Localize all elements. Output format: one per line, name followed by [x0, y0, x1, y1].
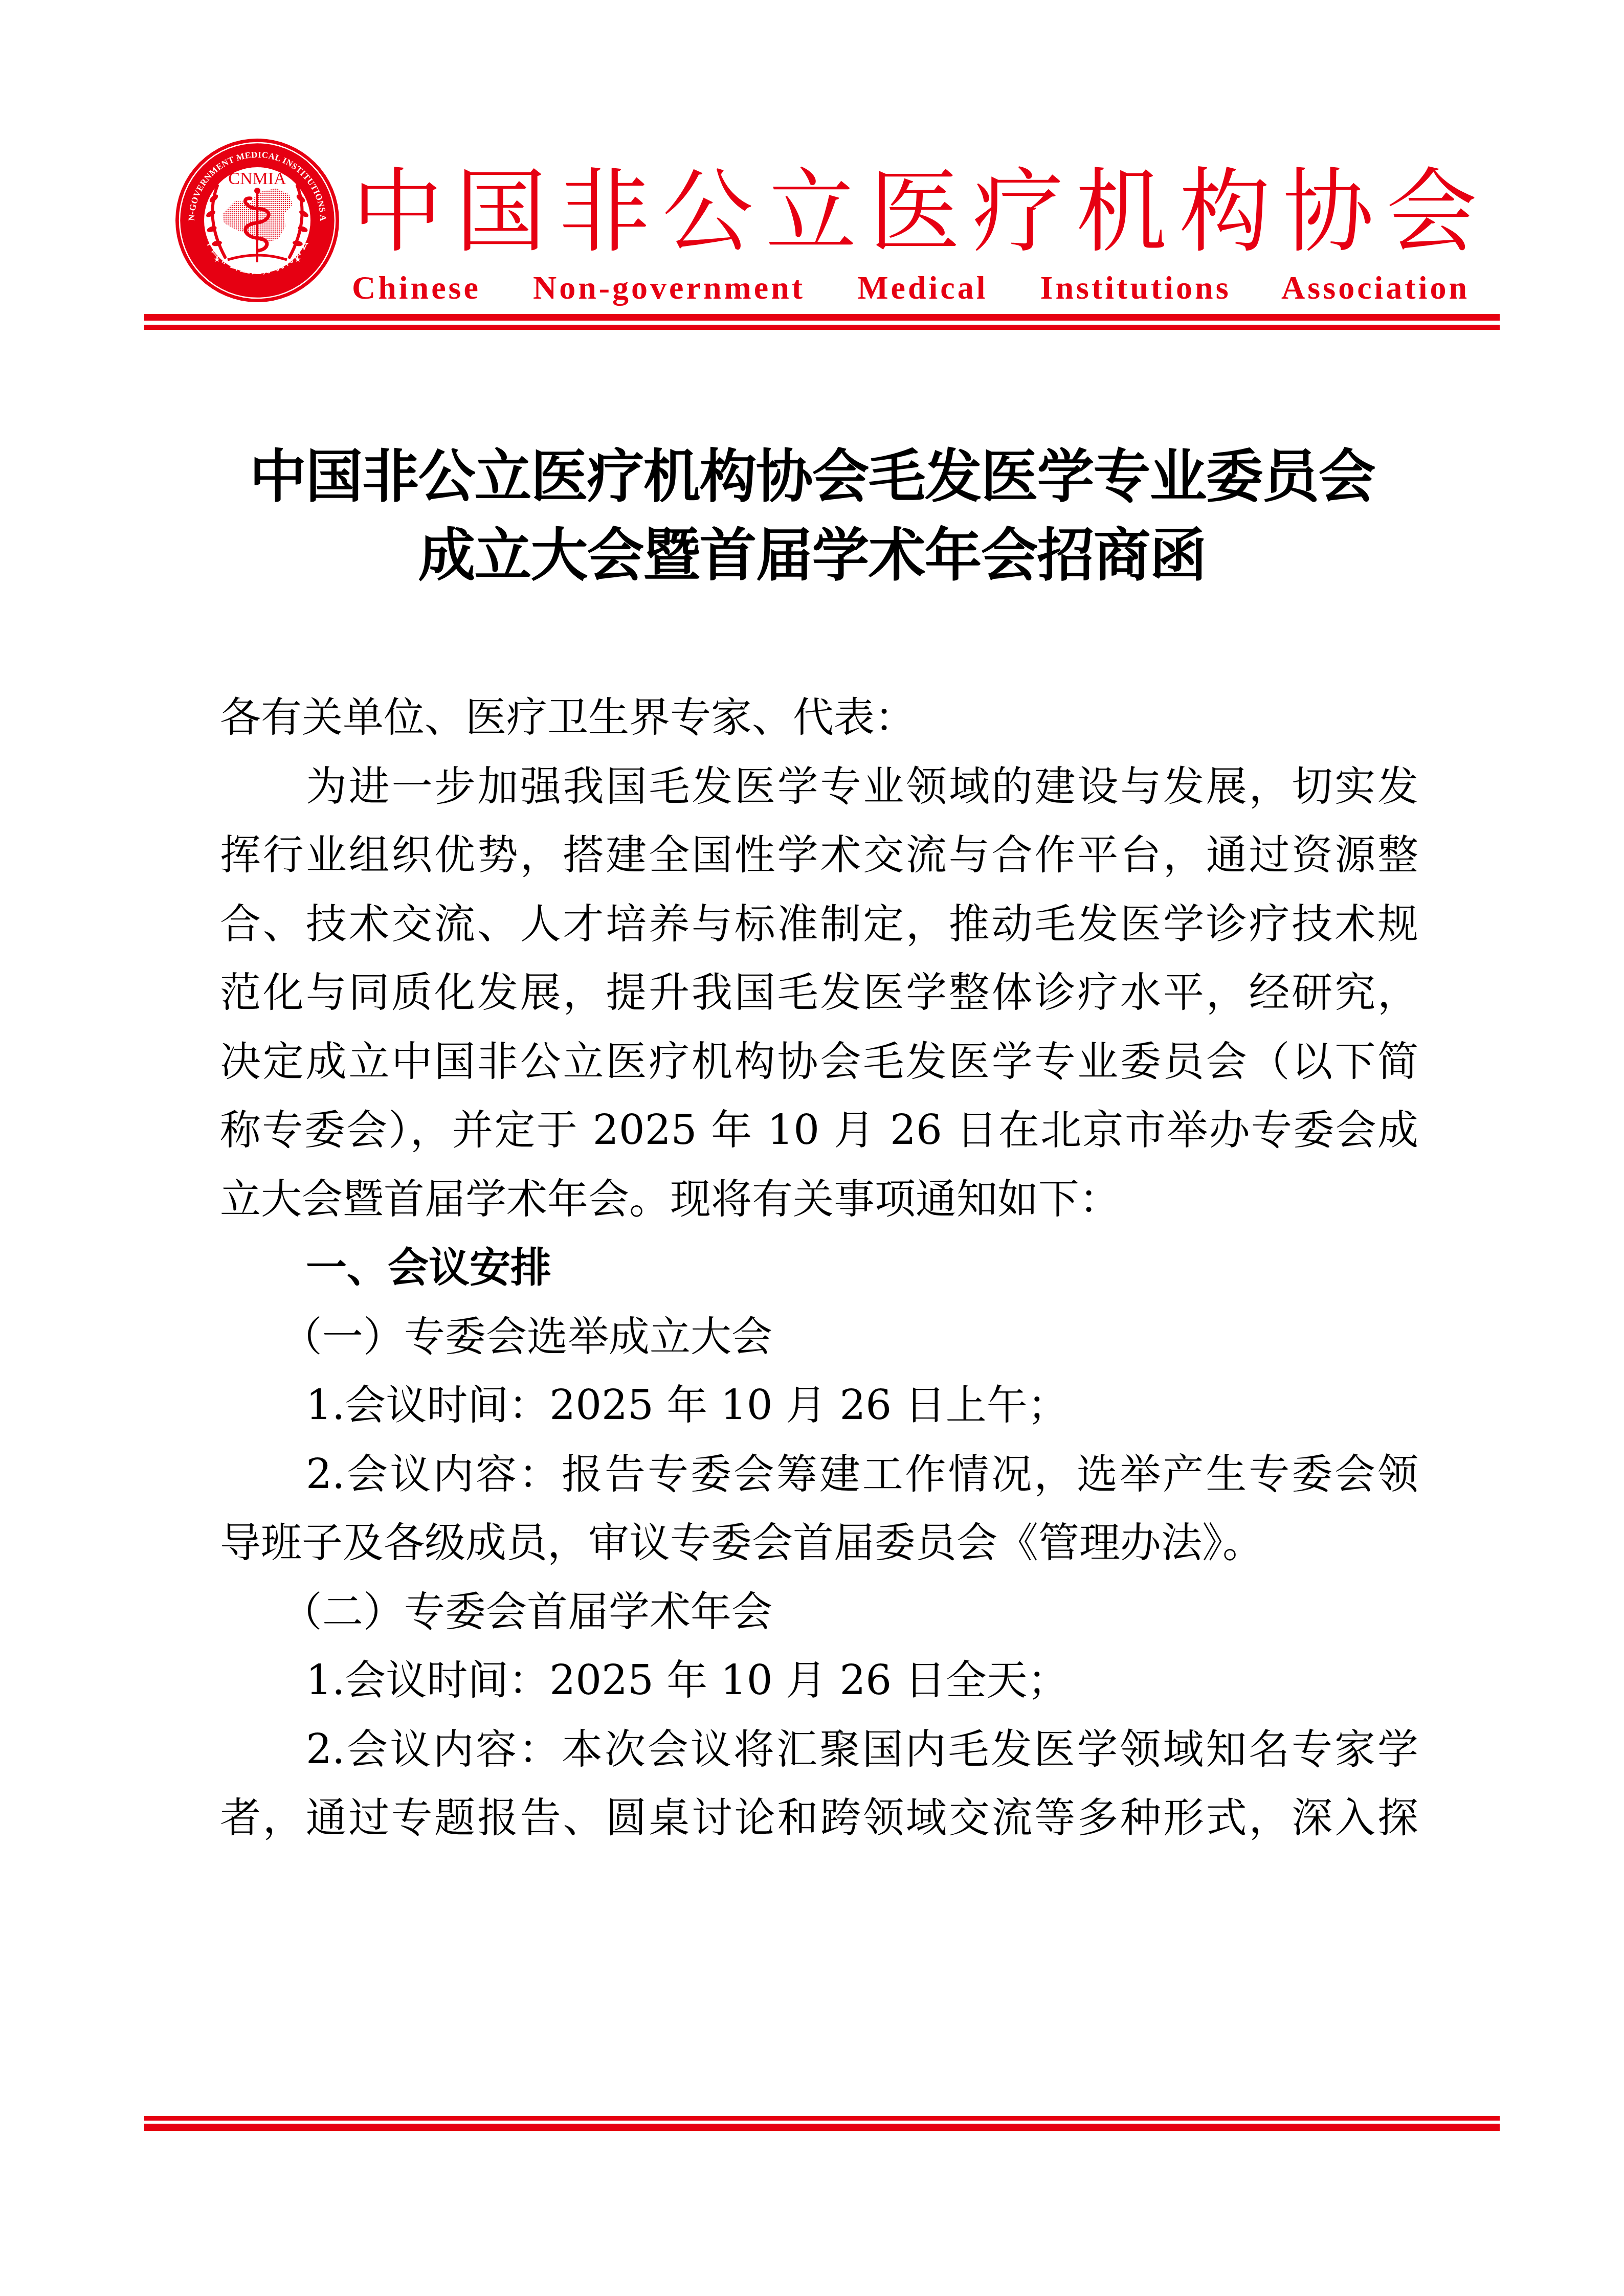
org-name-char: 中 [352, 153, 443, 271]
org-name-char: 构 [1180, 153, 1271, 271]
org-name-char: 机 [1076, 153, 1167, 271]
document-title-line-2: 成立大会暨首届学术年会招商函 [0, 517, 1624, 594]
org-name-char: 会 [1386, 153, 1477, 271]
document-title-line-1: 中国非公立医疗机构协会毛发医学专业委员会 [0, 439, 1624, 515]
association-seal-logo-icon: CHINESE NON-GOVERNMENT MEDICAL INSTITUTI… [174, 137, 341, 304]
org-name-char: 疗 [972, 153, 1063, 271]
subsection-heading: （一）专委会选举成立大会 [220, 1309, 1418, 1365]
list-item: 1.会议时间：2025 年 10 月 26 日全天； [220, 1652, 1418, 1708]
intro-line: 范化与同质化发展，提升我国毛发医学整体诊疗水平，经研究， [220, 964, 1418, 1021]
footer-rule-thin [144, 2116, 1500, 2121]
intro-line: 立大会暨首届学术年会。现将有关事项通知如下： [220, 1171, 1418, 1227]
org-name-char: 医 [869, 153, 960, 271]
list-item: 2.会议内容：本次会议将汇聚国内毛发医学领域知名专家学 [220, 1721, 1418, 1777]
org-name-char: 国 [455, 153, 546, 271]
svg-text:CNMIA: CNMIA [228, 169, 286, 188]
letterhead-page: CHINESE NON-GOVERNMENT MEDICAL INSTITUTI… [0, 0, 1624, 2296]
subsection-heading: （二）专委会首届学术年会 [220, 1584, 1418, 1640]
org-name-cn: 中 国 非 公 立 医 疗 机 构 协 会 [352, 153, 1477, 271]
footer-rule-thick [144, 2124, 1500, 2131]
intro-line: 称专委会），并定于 2025 年 10 月 26 日在北京市举办专委会成 [220, 1102, 1418, 1158]
header-rule-thick [144, 314, 1500, 321]
org-name-char: 非 [559, 153, 650, 271]
list-item: 2.会议内容：报告专委会筹建工作情况，选举产生专委会领 [220, 1446, 1418, 1502]
svg-text:★: ★ [214, 256, 220, 264]
intro-line: 挥行业组织优势，搭建全国性学术交流与合作平台，通过资源整 [220, 827, 1418, 883]
intro-line: 决定成立中国非公立医疗机构协会毛发医学专业委员会（以下简 [220, 1033, 1418, 1090]
section-heading: 一、会议安排 [220, 1240, 1418, 1296]
header-rule-thin [144, 325, 1500, 330]
salutation: 各有关单位、医疗卫生界专家、代表： [220, 689, 1418, 746]
org-name-char: 立 [766, 153, 857, 271]
org-name-char: 协 [1283, 153, 1374, 271]
intro-line: 为进一步加强我国毛发医学专业领域的建设与发展，切实发 [220, 758, 1418, 815]
list-item-continuation: 者，通过专题报告、圆桌讨论和跨领域交流等多种形式，深入探 [220, 1790, 1418, 1846]
svg-text:★: ★ [295, 256, 301, 264]
list-item-continuation: 导班子及各级成员，审议专委会首届委员会《管理办法》。 [220, 1515, 1418, 1571]
list-item: 1.会议时间：2025 年 10 月 26 日上午； [220, 1377, 1418, 1433]
org-name-char: 公 [662, 153, 753, 271]
intro-line: 合、技术交流、人才培养与标准制定，推动毛发医学诊疗技术规 [220, 896, 1418, 952]
org-name-en: Chinese Non-government Medical Instituti… [352, 270, 1470, 306]
